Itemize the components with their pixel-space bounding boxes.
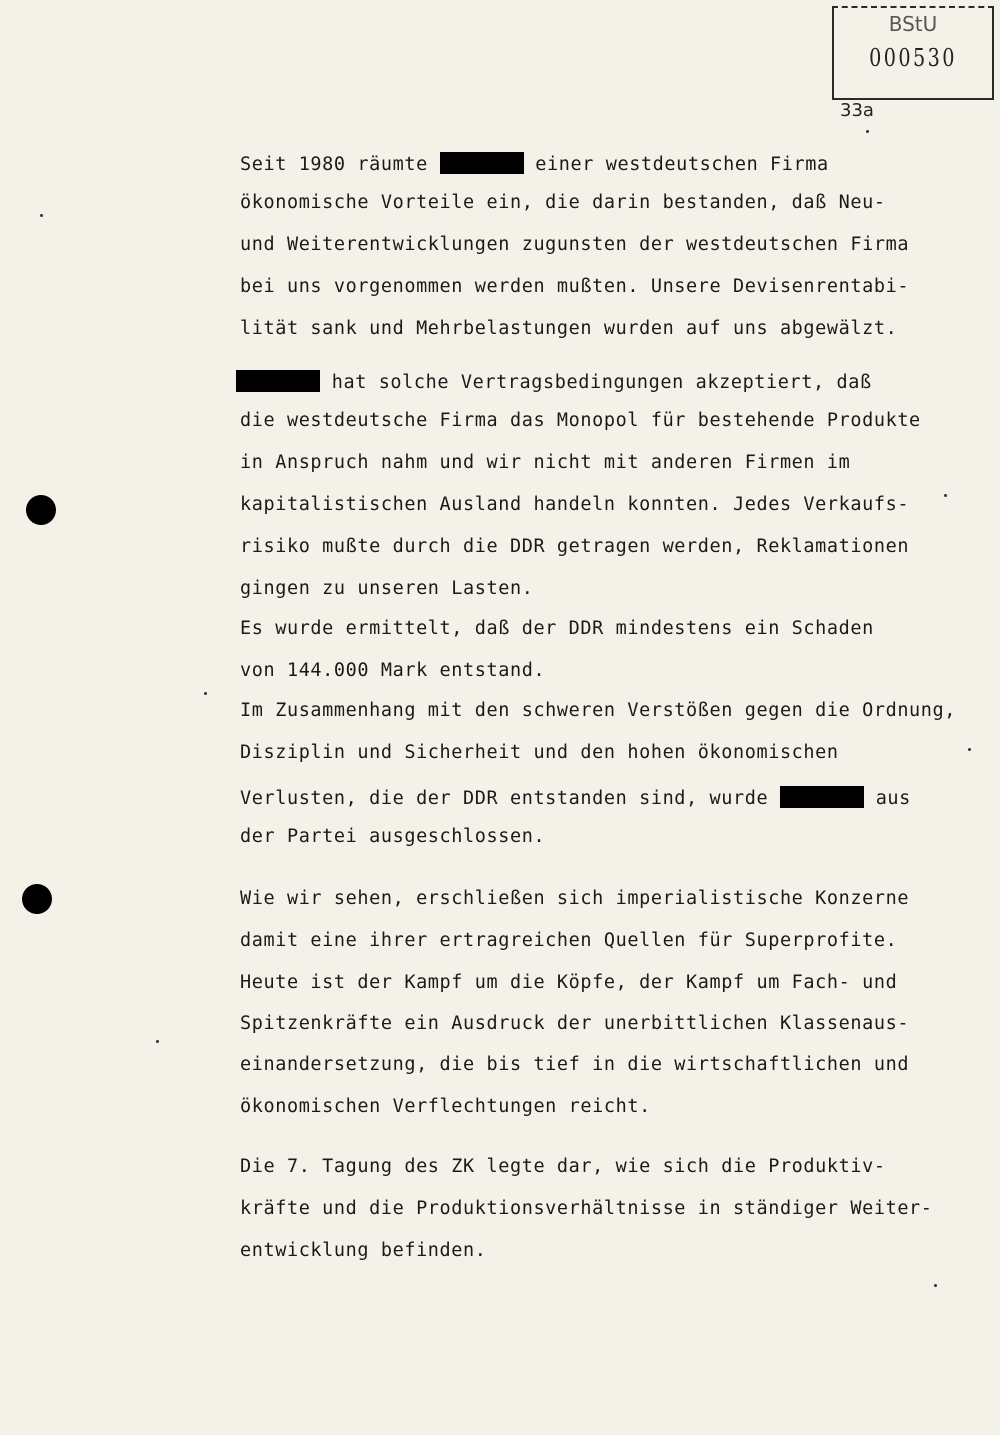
- text-line: Heute ist der Kampf um die Köpfe, der Ka…: [240, 974, 897, 993]
- text-line: ökonomischen Verflechtungen reicht.: [240, 1098, 651, 1117]
- text-line: entwicklung befinden.: [240, 1242, 487, 1261]
- text-line: von 144.000 Mark entstand.: [240, 662, 545, 681]
- punch-hole: [22, 884, 52, 914]
- text-line: der Partei ausgeschlossen.: [240, 828, 545, 847]
- text-line: Es wurde ermittelt, daß der DDR mindeste…: [240, 620, 874, 639]
- stamp-number: 000530: [850, 44, 976, 72]
- speck: [156, 1040, 159, 1043]
- text-line: damit eine ihrer ertragreichen Quellen f…: [240, 932, 897, 951]
- redaction-bar: [236, 370, 320, 392]
- text-line: kräfte und die Produktionsverhältnisse i…: [240, 1200, 933, 1219]
- text-line: Verlusten, die der DDR entstanden sind, …: [240, 786, 911, 809]
- text-line: risiko mußte durch die DDR getragen werd…: [240, 538, 909, 557]
- page-number: 33a: [840, 100, 874, 121]
- text-line: bei uns vorgenommen werden mußten. Unser…: [240, 278, 909, 297]
- text-line: kapitalistischen Ausland handeln konnten…: [240, 496, 909, 515]
- text-line: Im Zusammenhang mit den schweren Verstöß…: [240, 702, 956, 721]
- speck: [944, 494, 947, 497]
- speck: [866, 130, 869, 133]
- speck: [204, 692, 207, 695]
- text-line: lität sank und Mehrbelastungen wurden au…: [240, 320, 897, 339]
- speck: [934, 1284, 937, 1287]
- text-line: ökonomische Vorteile ein, die darin best…: [240, 194, 886, 213]
- stamp-org: BStU: [834, 12, 992, 36]
- text-line: Seit 1980 räumte einer westdeutschen Fir…: [240, 152, 829, 175]
- punch-hole: [26, 495, 56, 525]
- text-line: die westdeutsche Firma das Monopol für b…: [240, 412, 921, 431]
- text-line: gingen zu unseren Lasten.: [240, 580, 533, 599]
- text-line: in Anspruch nahm und wir nicht mit ander…: [240, 454, 850, 473]
- redaction-bar: [440, 152, 524, 174]
- text-line: hat solche Vertragsbedingungen akzeptier…: [236, 370, 872, 393]
- archive-stamp: BStU 000530: [832, 6, 994, 100]
- text-line: Die 7. Tagung des ZK legte dar, wie sich…: [240, 1158, 886, 1177]
- text-line: einandersetzung, die bis tief in die wir…: [240, 1056, 909, 1075]
- text-line: und Weiterentwicklungen zugunsten der we…: [240, 236, 909, 255]
- text-line: Spitzenkräfte ein Ausdruck der unerbittl…: [240, 1015, 909, 1034]
- text-line: Wie wir sehen, erschließen sich imperial…: [240, 890, 909, 909]
- redaction-bar: [780, 786, 864, 808]
- text-line: Disziplin und Sicherheit und den hohen ö…: [240, 744, 839, 763]
- speck: [968, 748, 971, 751]
- speck: [40, 214, 43, 217]
